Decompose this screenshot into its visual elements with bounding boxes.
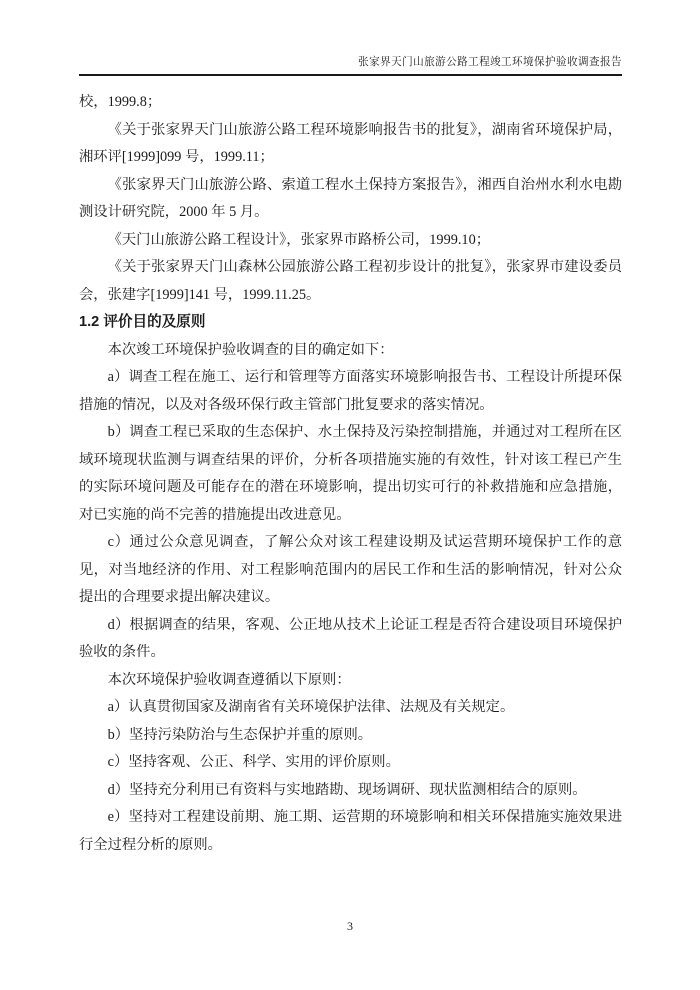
paragraph-principle-b: b）坚持污染防治与生态保护并重的原则。 bbox=[79, 722, 622, 750]
paragraph-principle-d: d）坚持充分利用已有资料与实地踏勘、现场调研、现状监测相结合的原则。 bbox=[79, 777, 622, 805]
paragraph-reference-reply: 《关于张家界天门山森林公园旅游公路工程初步设计的批复》，张家界市建设委员会，张建… bbox=[79, 254, 622, 309]
paragraph-continuation: 校，1999.8； bbox=[79, 89, 622, 117]
paragraph-purpose-b: b）调查工程已采取的生态保护、水土保持及污染控制措施，并通过对工程所在区域环境现… bbox=[79, 419, 622, 529]
paragraph-reference-design: 《天门山旅游公路工程设计》，张家界市路桥公司，1999.10； bbox=[79, 227, 622, 255]
paragraph-reference-soil: 《张家界天门山旅游公路、索道工程水土保持方案报告》，湘西自治州水利水电勘测设计研… bbox=[79, 172, 622, 227]
paragraph-principles-intro: 本次环境保护验收调查遵循以下原则： bbox=[79, 667, 622, 695]
paragraph-purpose-a: a）调查工程在施工、运行和管理等方面落实环境影响报告书、工程设计所提环保措施的情… bbox=[79, 364, 622, 419]
running-header-title: 张家界天门山旅游公路工程竣工环境保护验收调查报告 bbox=[79, 56, 622, 70]
document-body: 校，1999.8； 《关于张家界天门山旅游公路工程环境影响报告书的批复》，湖南省… bbox=[79, 89, 622, 859]
page-footer: 3 bbox=[0, 919, 700, 934]
document-page: 张家界天门山旅游公路工程竣工环境保护验收调查报告 校，1999.8； 《关于张家… bbox=[0, 0, 700, 990]
paragraph-purpose-intro: 本次竣工环境保护验收调查的目的确定如下： bbox=[79, 337, 622, 365]
paragraph-purpose-d: d）根据调查的结果，客观、公正地从技术上论证工程是否符合建设项目环境保护验收的条… bbox=[79, 612, 622, 667]
paragraph-reference-approval: 《关于张家界天门山旅游公路工程环境影响报告书的批复》，湖南省环境保护局，湘环评[… bbox=[79, 117, 622, 172]
header-rule bbox=[79, 74, 622, 76]
paragraph-principle-e: e）坚持对工程建设前期、施工期、运营期的环境影响和相关环保措施实施效果进行全过程… bbox=[79, 804, 622, 859]
paragraph-purpose-c: c）通过公众意见调查，了解公众对该工程建设期及试运营期环境保护工作的意见，对当地… bbox=[79, 529, 622, 612]
section-heading-1-2: 1.2 评价目的及原则 bbox=[79, 309, 622, 337]
page-number: 3 bbox=[347, 919, 353, 933]
paragraph-principle-a: a）认真贯彻国家及湖南省有关环境保护法律、法规及有关规定。 bbox=[79, 694, 622, 722]
paragraph-principle-c: c）坚持客观、公正、科学、实用的评价原则。 bbox=[79, 749, 622, 777]
